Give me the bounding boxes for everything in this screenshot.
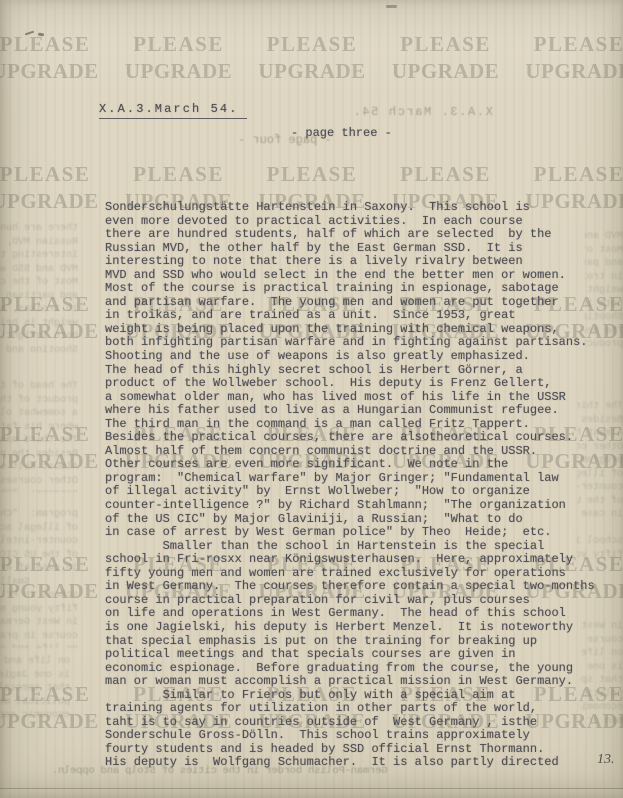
watermark-text: UPGRADE [509,57,623,85]
page-label: - page three - [291,126,392,140]
watermark-text: UPGRADE [109,57,249,85]
watermark-tile: PLEASEUPGRADE [0,551,115,605]
body-line: Shooting and the use of weapons is also … [105,350,595,364]
body-line: interesting to note that there is a live… [105,255,595,269]
watermark-text: PLEASE [0,421,115,447]
watermark-text: PLEASE [0,161,115,187]
body-line: on life and operations in West Germany. … [105,607,595,621]
watermark-text: PLEASE [109,161,249,187]
watermark-tile: PLEASEUPGRADE [509,31,623,85]
watermark-text: PLEASE [0,31,115,57]
watermark-tile: PLEASEUPGRADE [0,31,115,85]
watermark-text: UPGRADE [0,447,115,475]
scanned-document-page: PLEASEUPGRADEPLEASEUPGRADEPLEASEUPGRADEP… [0,0,623,798]
watermark-text: PLEASE [109,31,249,57]
watermark-tile: PLEASEUPGRADE [242,31,382,85]
body-line: Besides the practical courses, there are… [105,431,595,445]
body-line: Other courses are even more significant.… [105,458,595,472]
watermark-text: UPGRADE [0,187,115,215]
watermark-text: PLEASE [0,551,115,577]
watermark-tile: PLEASEUPGRADE [0,681,115,735]
scan-bottom-edge [0,789,623,798]
watermark-tile: PLEASEUPGRADE [0,421,115,475]
watermark-text: PLEASE [376,31,516,57]
body-line: Most of the course is practical training… [105,282,595,296]
watermark-text: UPGRADE [0,317,115,345]
watermark-text: UPGRADE [0,707,115,735]
body-line: in troikas, and are trained as a unit. S… [105,309,595,323]
body-line: political meetings and that specials cou… [105,648,595,662]
body-line: Sonderschulungstätte Hartenstein in Saxo… [105,201,595,215]
watermark-text: PLEASE [376,161,516,187]
body-line: both infighting partisan warfare and in … [105,336,595,350]
watermark-text: PLEASE [242,161,382,187]
body-line: His deputy is Wolfgang Schumacher. It is… [105,756,595,770]
watermark-text: UPGRADE [242,57,382,85]
document-body: Sonderschulungstätte Hartenstein in Saxo… [105,201,595,770]
watermark-text: UPGRADE [0,57,115,85]
body-line: man or woman must accomplish a practical… [105,675,595,689]
body-line: in West Germany. The courses therefore c… [105,580,595,594]
body-line: product of the Wollweber school. His dep… [105,377,595,391]
watermark-text: PLEASE [509,31,623,57]
watermark-tile: PLEASEUPGRADE [376,31,516,85]
body-line: is one Jagielski, his deputy is Herbert … [105,621,595,635]
body-line: where his father used to live as a Hunga… [105,404,595,418]
body-line: there are hundred students, half of whic… [105,228,595,242]
watermark-text: UPGRADE [376,57,516,85]
page-number: 13. [597,752,615,768]
watermark-text: PLEASE [0,291,115,317]
pencil-mark [38,33,44,37]
watermark-text: UPGRADE [0,577,115,605]
watermark-text: PLEASE [242,31,382,57]
body-line: school in Fri-rosxx near Königswusterhau… [105,553,595,567]
watermark-tile: PLEASEUPGRADE [109,31,249,85]
body-line: that special emphasis is put on the trai… [105,635,595,649]
scan-speck [386,5,397,8]
body-line: counter-intelligence ?" by Richard Stahl… [105,499,595,513]
watermark-tile: PLEASEUPGRADE [0,161,115,215]
body-line: training agents for utilization in other… [105,702,595,716]
body-line: in case of arrest by West German police"… [105,526,595,540]
showthrough-reference-mirror: X.A.3. March 54. [352,105,493,119]
document-reference: X.A.3.March 54. [99,102,247,119]
watermark-tile: PLEASEUPGRADE [0,291,115,345]
body-line: of illegal activity" by Ernst Wollweber;… [105,485,595,499]
body-line: Sonderschule Gross-Dölln. This school tr… [105,729,595,743]
watermark-text: PLEASE [509,161,623,187]
watermark-text: PLEASE [0,681,115,707]
